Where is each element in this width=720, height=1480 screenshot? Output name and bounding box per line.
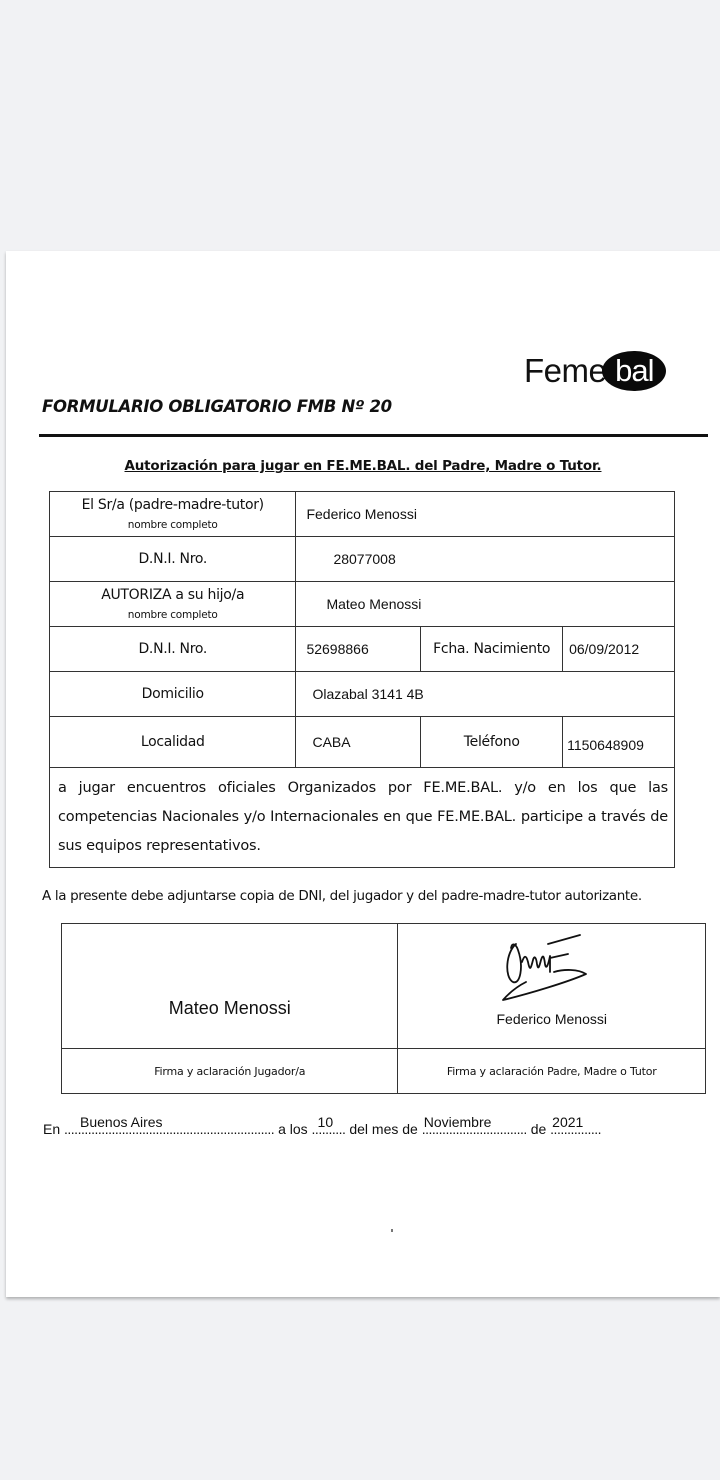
locality-label: Localidad bbox=[50, 717, 296, 768]
authorization-text: a jugar encuentros oficiales Organizados… bbox=[50, 768, 675, 868]
address-field[interactable]: Olazabal 3141 4B bbox=[296, 672, 675, 717]
phone-label: Teléfono bbox=[421, 717, 563, 768]
year-field[interactable]: ...............2021 bbox=[550, 1121, 601, 1137]
authorization-table: El Sr/a (padre-madre-tutor) nombre compl… bbox=[49, 491, 675, 868]
day-field[interactable]: ..........10 bbox=[312, 1121, 346, 1137]
player-name: Mateo Menossi bbox=[169, 998, 291, 1018]
parent-name-field[interactable]: Federico Menossi bbox=[296, 492, 675, 537]
child-label: AUTORIZA a su hijo/a bbox=[101, 587, 244, 603]
table-row: D.N.I. Nro. 28077008 bbox=[50, 537, 675, 582]
logo-ball-icon: bal bbox=[602, 351, 666, 391]
date-line: En .....................................… bbox=[43, 1121, 601, 1137]
year-value: 2021 bbox=[552, 1114, 583, 1130]
form-title: FORMULARIO OBLIGATORIO FMB Nº 20 bbox=[42, 397, 392, 416]
de-text: de bbox=[531, 1121, 547, 1137]
parent-label: El Sr/a (padre-madre-tutor) bbox=[82, 497, 264, 513]
birth-date-label: Fcha. Nacimiento bbox=[421, 627, 563, 672]
parent-dni-field[interactable]: 28077008 bbox=[296, 537, 675, 582]
table-row: El Sr/a (padre-madre-tutor) nombre compl… bbox=[50, 492, 675, 537]
logo-text: Feme bbox=[524, 352, 606, 390]
parent-signature-box[interactable]: Federico Menossi bbox=[398, 924, 706, 1049]
parent-label-cell: El Sr/a (padre-madre-tutor) nombre compl… bbox=[50, 492, 296, 537]
child-dni-label: D.N.I. Nro. bbox=[50, 627, 296, 672]
address-label: Domicilio bbox=[50, 672, 296, 717]
femebal-logo: Femebal bbox=[524, 353, 666, 389]
child-name-field[interactable]: Mateo Menossi bbox=[296, 582, 675, 627]
parent-dni-label: D.N.I. Nro. bbox=[50, 537, 296, 582]
birth-date-field[interactable]: 06/09/2012 bbox=[563, 627, 675, 672]
player-signature-box[interactable]: Mateo Menossi bbox=[62, 924, 398, 1049]
signature-table: Mateo Menossi Federico Menossi Firma y a… bbox=[61, 923, 706, 1094]
form-subtitle: Autorización para jugar en FE.ME.BAL. de… bbox=[6, 458, 720, 474]
locality-field[interactable]: CABA bbox=[296, 717, 421, 768]
table-row: D.N.I. Nro. 52698866 Fcha. Nacimiento 06… bbox=[50, 627, 675, 672]
attachment-note: A la presente debe adjuntarse copia de D… bbox=[42, 888, 642, 904]
parent-signature-caption: Firma y aclaración Padre, Madre o Tutor bbox=[398, 1049, 706, 1094]
table-row: AUTORIZA a su hijo/a nombre completo Mat… bbox=[50, 582, 675, 627]
table-row: Domicilio Olazabal 3141 4B bbox=[50, 672, 675, 717]
a-los-text: a los bbox=[278, 1121, 308, 1137]
parent-sublabel: nombre completo bbox=[50, 519, 295, 531]
city-field[interactable]: ........................................… bbox=[64, 1121, 274, 1137]
parent-signature-name: Federico Menossi bbox=[398, 1011, 705, 1027]
child-label-cell: AUTORIZA a su hijo/a nombre completo bbox=[50, 582, 296, 627]
player-signature-caption: Firma y aclaración Jugador/a bbox=[62, 1049, 398, 1094]
document-page: Femebal FORMULARIO OBLIGATORIO FMB Nº 20… bbox=[6, 251, 720, 1297]
child-dni-field[interactable]: 52698866 bbox=[296, 627, 421, 672]
del-mes-de-text: del mes de bbox=[349, 1121, 417, 1137]
header-divider bbox=[39, 434, 708, 437]
child-sublabel: nombre completo bbox=[50, 609, 295, 621]
table-row: a jugar encuentros oficiales Organizados… bbox=[50, 768, 675, 868]
day-value: 10 bbox=[318, 1114, 334, 1130]
signature-icon bbox=[498, 932, 603, 1002]
month-field[interactable]: ...............................Noviembre bbox=[422, 1121, 527, 1137]
city-value: Buenos Aires bbox=[80, 1114, 163, 1130]
table-row: Localidad CABA Teléfono 1150648909 bbox=[50, 717, 675, 768]
phone-field[interactable]: 1150648909 bbox=[563, 717, 675, 768]
month-value: Noviembre bbox=[424, 1114, 492, 1130]
date-prefix: En bbox=[43, 1121, 60, 1137]
scan-artifact bbox=[391, 1229, 393, 1232]
